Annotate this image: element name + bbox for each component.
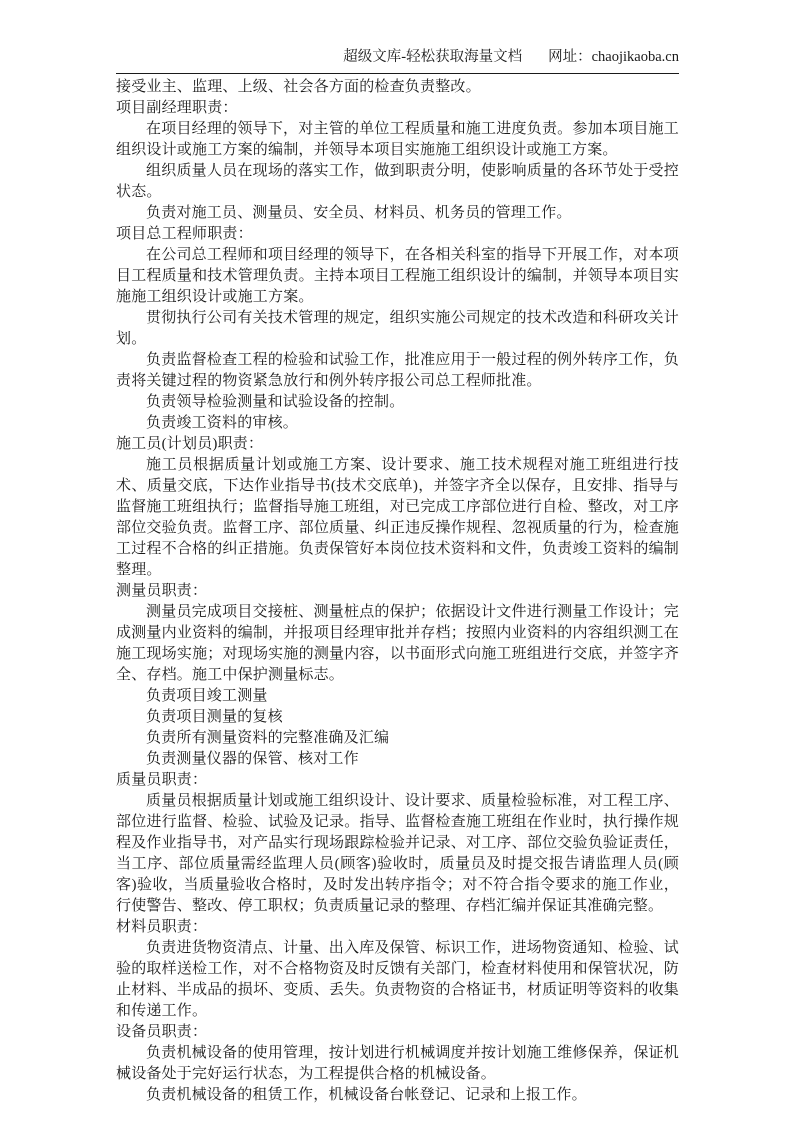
paragraph-15: 负责项目竣工测量 bbox=[116, 686, 679, 707]
paragraph-18: 负责测量仪器的保管、核对工作 bbox=[116, 749, 679, 770]
paragraph-2: 在项目经理的领导下，对主管的单位工程质量和施工进度负责。参加本项目施工组织设计或… bbox=[116, 119, 679, 161]
paragraph-21: 材料员职责： bbox=[116, 917, 679, 938]
page-header: 超级文库-轻松获取海量文档网址：chaojikaoba.cn bbox=[116, 48, 679, 74]
paragraph-5: 项目总工程师职责： bbox=[116, 224, 679, 245]
paragraph-7: 贯彻执行公司有关技术管理的规定，组织实施公司规定的技术改造和科研攻关计划。 bbox=[116, 308, 679, 350]
paragraph-8: 负责监督检查工程的检验和试验工作，批准应用于一般过程的例外转序工作，负责将关键过… bbox=[116, 350, 679, 392]
paragraph-20: 质量员根据质量计划或施工组织设计、设计要求、质量检验标准，对工程工序、部位进行监… bbox=[116, 791, 679, 917]
document-body: 接受业主、监理、上级、社会各方面的检查负责整改。项目副经理职责：在项目经理的领导… bbox=[116, 74, 679, 1106]
paragraph-6: 在公司总工程师和项目经理的领导下，在各相关科室的指导下开展工作，对本项目工程质量… bbox=[116, 245, 679, 308]
header-site-label: 超级文库-轻松获取海量文档 bbox=[343, 49, 522, 65]
paragraph-24: 负责机械设备的使用管理，按计划进行机械调度并按计划施工维修保养，保证机械设备处于… bbox=[116, 1043, 679, 1085]
paragraph-9: 负责领导检验测量和试验设备的控制。 bbox=[116, 392, 679, 413]
paragraph-10: 负责竣工资料的审核。 bbox=[116, 413, 679, 434]
paragraph-11: 施工员(计划员)职责： bbox=[116, 434, 679, 455]
paragraph-23: 设备员职责： bbox=[116, 1022, 679, 1043]
paragraph-14: 测量员完成项目交接桩、测量桩点的保护；依据设计文件进行测量工作设计；完成测量内业… bbox=[116, 602, 679, 686]
paragraph-1: 项目副经理职责： bbox=[116, 98, 679, 119]
paragraph-17: 负责所有测量资料的完整准确及汇编 bbox=[116, 728, 679, 749]
header-url: chaojikaoba.cn bbox=[592, 49, 679, 65]
paragraph-25: 负责机械设备的租赁工作，机械设备台帐登记、记录和上报工作。 bbox=[116, 1085, 679, 1106]
paragraph-16: 负责项目测量的复核 bbox=[116, 707, 679, 728]
paragraph-4: 负责对施工员、测量员、安全员、材料员、机务员的管理工作。 bbox=[116, 203, 679, 224]
paragraph-22: 负责进货物资清点、计量、出入库及保管、标识工作，进场物资通知、检验、试验的取样送… bbox=[116, 938, 679, 1022]
paragraph-13: 测量员职责： bbox=[116, 581, 679, 602]
paragraph-19: 质量员职责： bbox=[116, 770, 679, 791]
paragraph-3: 组织质量人员在现场的落实工作，做到职责分明，使影响质量的各环节处于受控状态。 bbox=[116, 161, 679, 203]
header-url-label: 网址： bbox=[548, 49, 592, 65]
paragraph-0: 接受业主、监理、上级、社会各方面的检查负责整改。 bbox=[116, 77, 679, 98]
document-page: 超级文库-轻松获取海量文档网址：chaojikaoba.cn 接受业主、监理、上… bbox=[0, 0, 793, 1122]
page-content: 超级文库-轻松获取海量文档网址：chaojikaoba.cn 接受业主、监理、上… bbox=[116, 48, 679, 1106]
paragraph-12: 施工员根据质量计划或施工方案、设计要求、施工技术规程对施工班组进行技术、质量交底… bbox=[116, 455, 679, 581]
